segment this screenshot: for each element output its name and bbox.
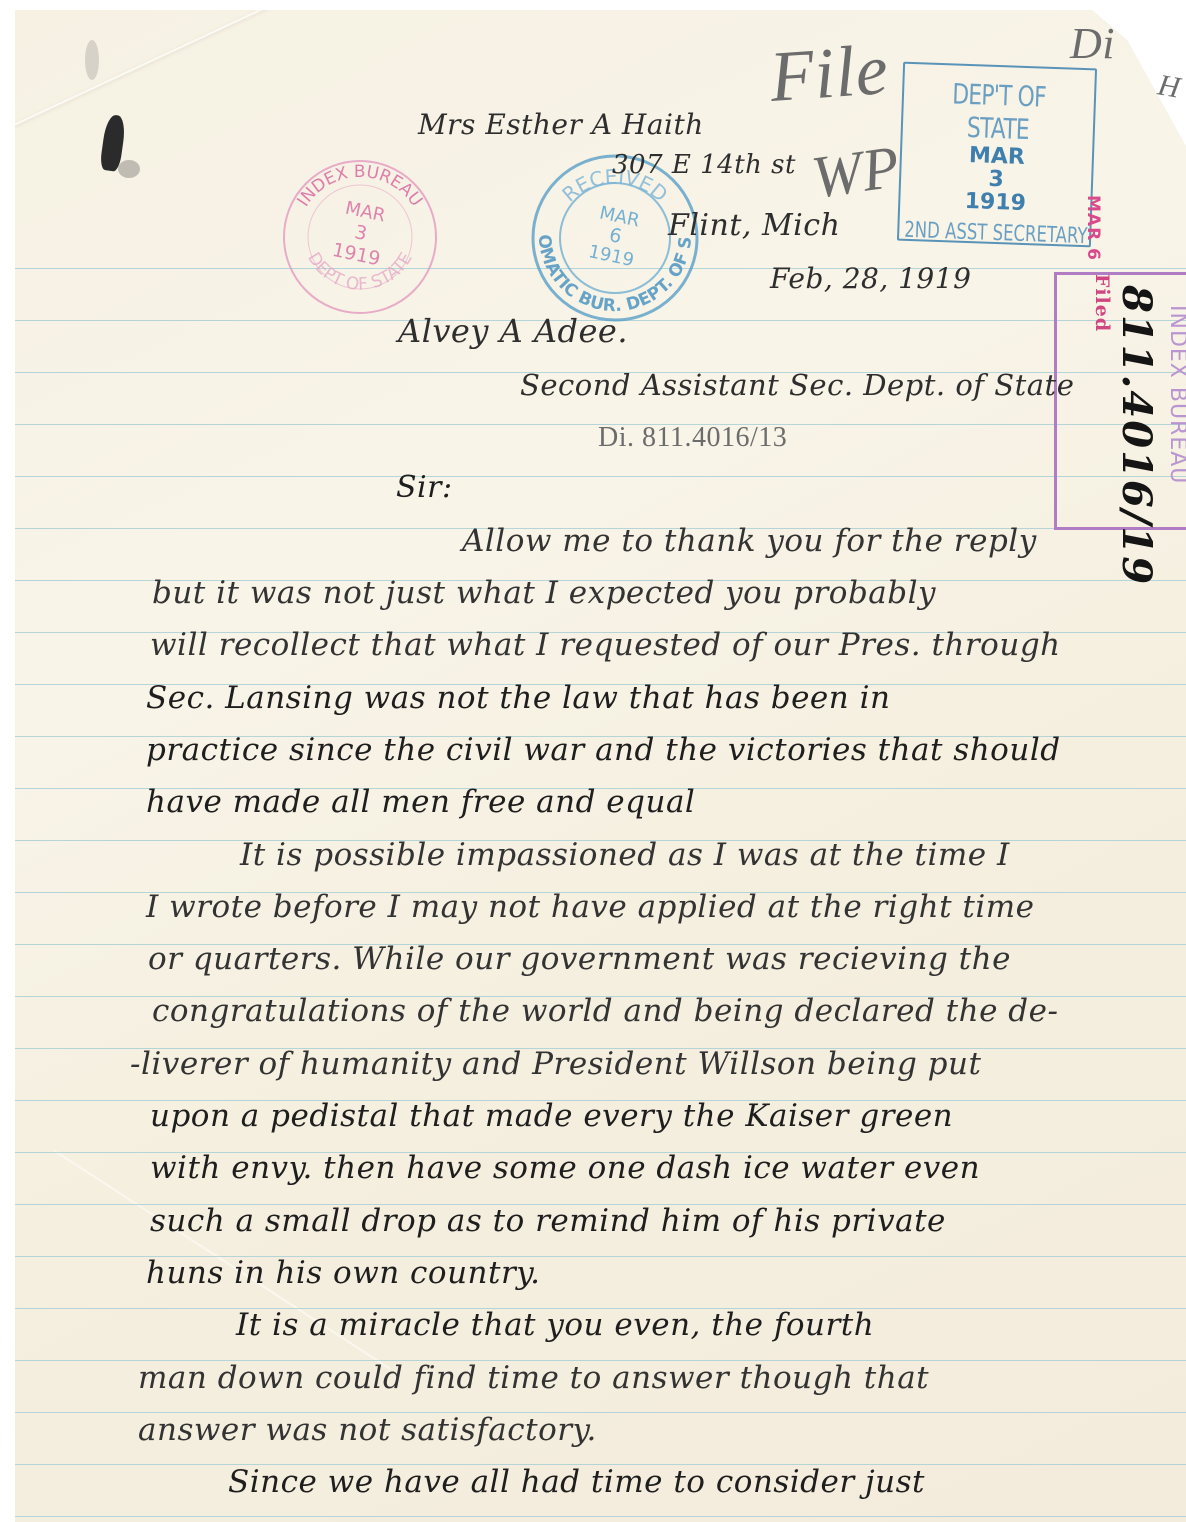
- received-stamp-year: 1919: [587, 241, 636, 271]
- body-line: have made all men free and equal: [146, 784, 695, 820]
- dept-stamp-header: DEP'T OF STATE: [923, 76, 1073, 147]
- addressee-title: Second Assistant Sec. Dept. of State: [520, 368, 1074, 402]
- body-line: man down could find time to answer thoug…: [138, 1360, 929, 1396]
- index-bureau-stamp-year: 1919: [330, 239, 382, 271]
- body-line: I wrote before I may not have applied at…: [146, 889, 1035, 925]
- sender-street: 307 E 14th st: [612, 150, 796, 180]
- addressee-name: Alvey A Adee.: [398, 312, 628, 350]
- body-line: but it was not just what I expected you …: [152, 575, 936, 611]
- ink-smudge: [118, 160, 140, 178]
- rule-line: [15, 476, 1186, 477]
- index-bureau-box-label: INDEX BUREAU: [1165, 305, 1186, 484]
- body-line: It is possible impassioned as I was at t…: [240, 837, 1010, 873]
- dept-of-state-stamp: DEP'T OF STATE MAR 3 1919 2ND ASST SECRE…: [897, 62, 1097, 248]
- reference-number: Di. 811.4016/13: [598, 422, 787, 454]
- body-line: with envy. then have some one dash ice w…: [150, 1150, 980, 1186]
- letter-date: Feb, 28, 1919: [770, 262, 971, 295]
- body-line: or quarters. While our government was re…: [148, 941, 1011, 977]
- body-line: Sec. Lansing was not the law that has be…: [146, 680, 890, 716]
- pencil-file-note: File: [767, 28, 890, 119]
- salutation: Sir:: [396, 470, 453, 505]
- index-bureau-stamp-day: 3: [353, 221, 369, 245]
- body-line: Since we have all had time to consider j…: [228, 1464, 925, 1500]
- body-line: -liverer of humanity and President Wills…: [130, 1046, 981, 1082]
- corner-mark-faint: H: [1155, 68, 1183, 105]
- rule-line: [15, 1516, 1186, 1517]
- filed-stamp-date: MAR 6: [1083, 195, 1103, 261]
- pencil-initials: WP: [808, 132, 904, 213]
- body-line: practice since the civil war and the vic…: [146, 732, 1061, 768]
- body-line: It is a miracle that you even, the fourt…: [236, 1307, 874, 1343]
- body-line: congratulations of the world and being d…: [152, 993, 1058, 1029]
- body-line: huns in his own country.: [146, 1255, 541, 1291]
- sender-name: Mrs Esther A Haith: [418, 108, 704, 141]
- body-line: will recollect that what I requested of …: [150, 627, 1061, 663]
- body-line: answer was not satisfactory.: [138, 1412, 597, 1448]
- body-line: such a small drop as to remind him of hi…: [150, 1203, 946, 1239]
- sender-city: Flint, Mich: [668, 208, 840, 243]
- file-number: 811.4016/19: [1113, 285, 1160, 586]
- ink-smudge: [85, 40, 99, 80]
- body-line: upon a pedistal that made every the Kais…: [150, 1098, 953, 1134]
- corner-mark: Di: [1070, 18, 1115, 69]
- index-bureau-stamp: INDEX BUREAU DEPT OF STATE MAR 3 1919: [275, 155, 445, 315]
- body-line: Allow me to thank you for the reply: [462, 523, 1037, 559]
